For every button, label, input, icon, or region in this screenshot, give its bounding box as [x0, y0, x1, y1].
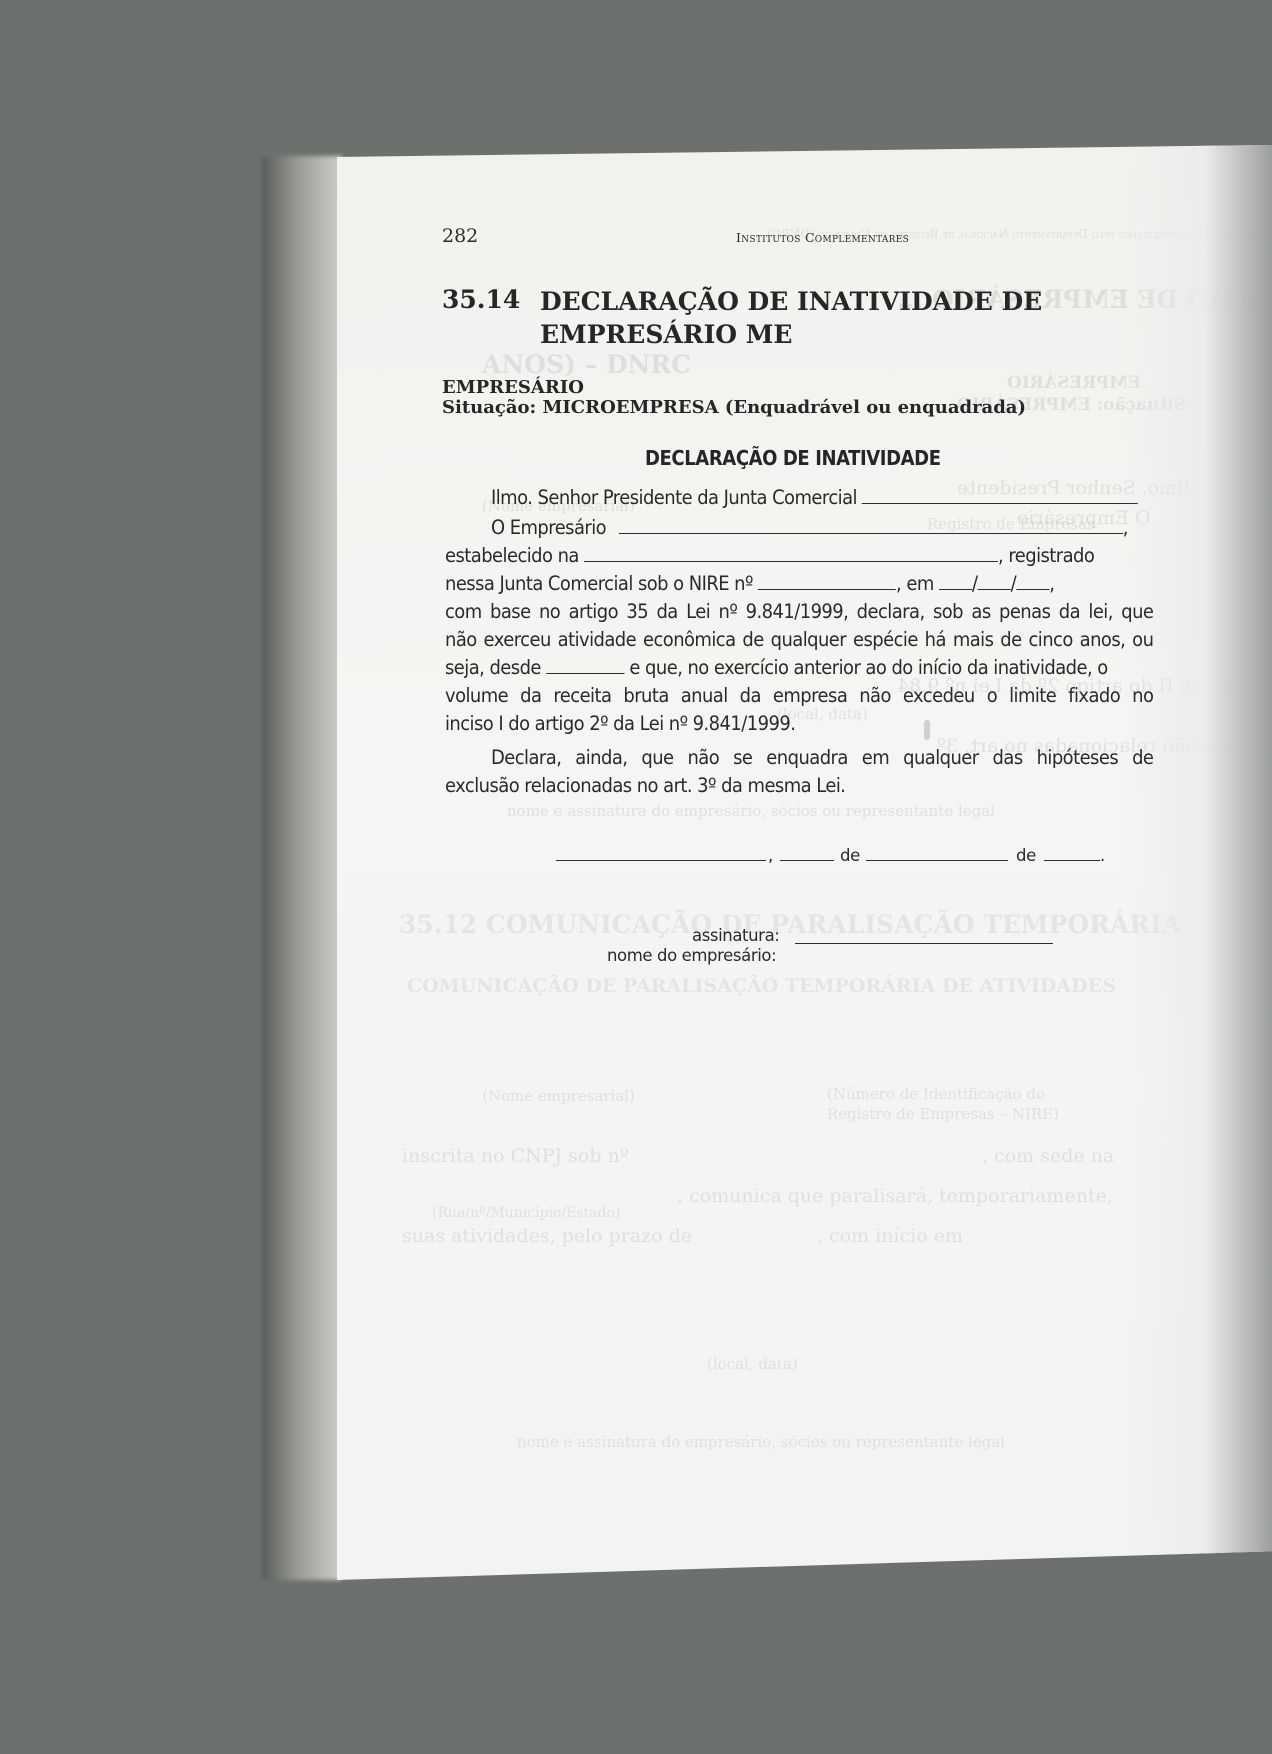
registered-label: , registrado: [998, 544, 1094, 567]
bleed-prazo: suas atividades, pelo prazo de: [402, 1225, 692, 1247]
section-title-line1: DECLARAÇÃO DE INATIVIDADE DE: [540, 285, 1100, 318]
form-heading: DECLARAÇÃO DE INATIVIDADE: [645, 446, 941, 470]
scanned-page: Modelos Básicos Disponibilizados pelo De…: [337, 145, 1272, 1580]
bleed-registro-nire: Registro de Empresas – NIRE): [827, 1105, 1059, 1123]
comma: ,: [1123, 516, 1128, 539]
date-day-field[interactable]: [939, 571, 972, 590]
establishment-address-field[interactable]: [584, 543, 998, 562]
established-label: estabelecido na: [445, 544, 579, 567]
paragraph1-line: com base no artigo 35 da Lei nº 9.841/19…: [445, 598, 1153, 626]
signature-label: assinatura:: [692, 926, 779, 945]
bleed-com-sede: , com sede na: [982, 1145, 1114, 1167]
bleed-inicio: , com início em: [817, 1225, 963, 1247]
type-label: EMPRESÁRIO: [442, 377, 584, 398]
date-period: .: [1100, 846, 1105, 865]
paragraph1-line: inciso I do artigo 2º da Lei nº 9.841/19…: [445, 710, 1153, 738]
signature-field[interactable]: [795, 943, 1053, 944]
paragraph1-line: volume da receita bruta anual da empresa…: [445, 682, 1153, 710]
desde-prefix: seja, desde: [445, 656, 541, 679]
month-field[interactable]: [866, 860, 1008, 861]
comma: ,: [1049, 572, 1054, 595]
paragraph2-line: exclusão relacionadas no art. 3º da mesm…: [445, 772, 1153, 800]
bleed-heading-13b: ANOS) – DNRC: [482, 350, 691, 379]
bleed-assinatura-legal-2: nome e assinatura do empresário, sócios …: [517, 1433, 1005, 1451]
page-binding-shadow: [262, 156, 342, 1580]
desde-suffix: e que, no exercício anterior ao do iníci…: [629, 656, 1107, 679]
bleed-comunica: , comunica que paralisará, temporariamen…: [677, 1185, 1113, 1207]
de-label: de: [840, 846, 860, 865]
page-curl-shadow: [1122, 145, 1272, 1580]
date-year-field[interactable]: [1016, 571, 1049, 590]
bleed-heading-12-sub: COMUNICAÇÃO DE PARALISAÇÃO TEMPORÁRIA DE…: [407, 975, 1116, 997]
situation-label: Situação: MICROEMPRESA (Enquadrável ou e…: [442, 397, 1026, 418]
bleed-empresario: EMPRESÁRIO: [1007, 373, 1141, 393]
bleed-assinatura-legal: nome e assinatura do empresário, sócios …: [507, 802, 995, 820]
inactive-since-field[interactable]: [546, 655, 624, 674]
paragraph2-line: Declara, ainda, que não se enquadra em q…: [445, 744, 1153, 772]
section-title-line2: EMPRESÁRIO ME: [540, 318, 1100, 351]
em-label: , em: [896, 572, 934, 595]
name-label: nome do empresário:: [607, 946, 776, 965]
de-label: de: [1016, 846, 1036, 865]
nire-label: nessa Junta Comercial sob o NIRE nº: [445, 572, 753, 595]
page-number: 282: [442, 225, 478, 247]
section-number: 35.14: [442, 285, 520, 314]
city-field[interactable]: [556, 860, 766, 861]
empresario-label: O Empresário: [491, 516, 606, 539]
running-title: Institutos Complementares: [736, 230, 909, 245]
bleed-nome-empresarial-2: (Nome empresarial): [482, 1087, 635, 1105]
salutation: Ilmo. Senhor Presidente da Junta Comerci…: [491, 486, 857, 509]
junta-comercial-field[interactable]: [862, 485, 1138, 504]
section-title: DECLARAÇÃO DE INATIVIDADE DE EMPRESÁRIO …: [540, 285, 1100, 351]
empresario-name-field[interactable]: [619, 515, 1123, 534]
date-comma: ,: [768, 846, 773, 865]
bleed-rua: (Rua/nº/Município/Estado): [432, 1205, 620, 1221]
bleed-cnpj: inscrita no CNPJ sob nº: [402, 1145, 629, 1167]
day-field[interactable]: [780, 860, 834, 861]
bleed-local-data-2: (local, data): [707, 1355, 798, 1373]
date-month-field[interactable]: [978, 571, 1011, 590]
form-body: Ilmo. Senhor Presidente da Junta Comerci…: [445, 484, 1153, 800]
bleed-numero-id: (Número de Identificação do: [827, 1085, 1045, 1103]
paragraph1-line: não exerceu atividade econômica de qualq…: [445, 626, 1153, 654]
bleed-heading-12: 35.12 COMUNICAÇÃO DE PARALISAÇÃO TEMPORÁ…: [399, 910, 1181, 939]
nire-field[interactable]: [758, 571, 896, 590]
year-field[interactable]: [1044, 860, 1100, 861]
